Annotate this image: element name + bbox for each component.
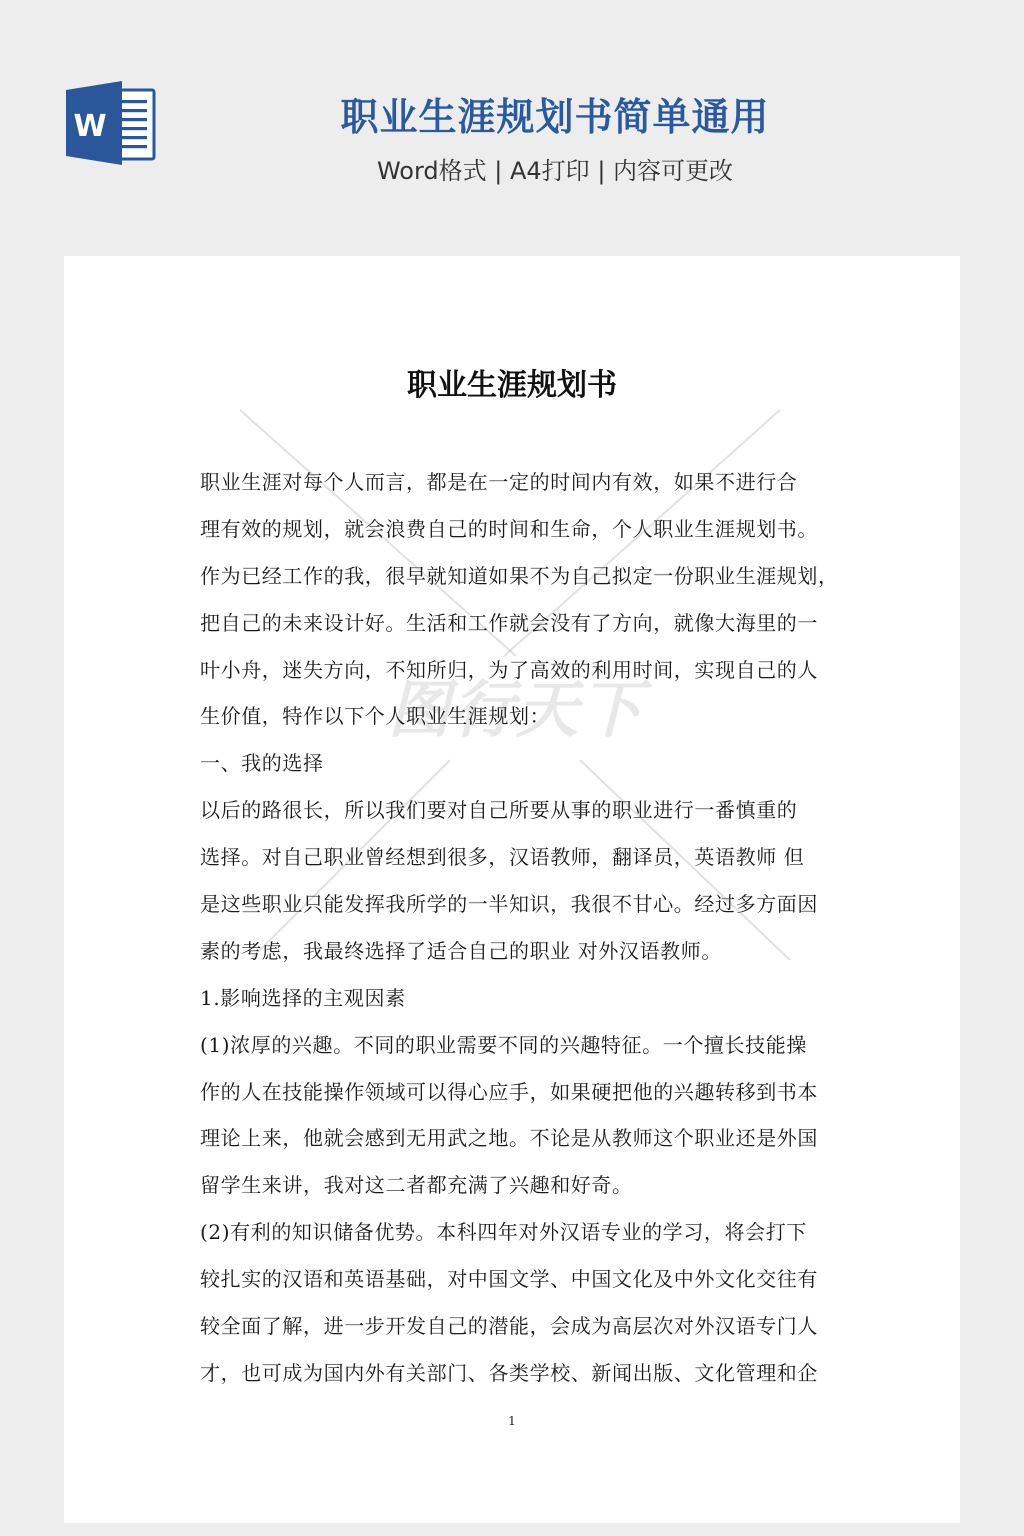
svg-text:W: W <box>73 109 106 144</box>
document-title: 职业生涯规划书 <box>64 364 960 408</box>
paragraph-line: 理论上来，他就会感到无用武之地。不论是从教师这个职业还是外国 <box>200 1122 830 1169</box>
paragraph-line: 以后的路很长，所以我们要对自己所要从事的职业进行一番慎重的 <box>200 794 830 841</box>
paragraph-line: 叶小舟，迷失方向，不知所归，为了高效的利用时间，实现自己的人 <box>200 654 830 701</box>
paragraph-line: 是这些职业只能发挥我所学的一半知识，我很不甘心。经过多方面因 <box>200 888 830 935</box>
banner-subtitle: Word格式 | A4打印 | 内容可更改 <box>300 153 810 189</box>
paragraph-line: (1)浓厚的兴趣。不同的职业需要不同的兴趣特征。一个擅长技能操 <box>200 1029 830 1076</box>
paragraph-line: 把自己的未来设计好。生活和工作就会没有了方向，就像大海里的一 <box>200 607 830 654</box>
banner-title: 职业生涯规划书简单通用 <box>300 92 810 142</box>
page-number: 1 <box>64 1414 960 1428</box>
paragraph-line: (2)有利的知识储备优势。本科四年对外汉语专业的学习，将会打下 <box>200 1216 830 1263</box>
subsection-heading: 1.影响选择的主观因素 <box>200 982 830 1029</box>
paragraph-line: 较扎实的汉语和英语基础，对中国文学、中国文化及中外文化交往有 <box>200 1263 830 1310</box>
document-page: 图行天下 职业生涯规划书 职业生涯对每个人而言，都是在一定的时间内有效，如果不进… <box>64 256 960 1523</box>
word-document-icon: W <box>65 81 157 165</box>
paragraph-line: 职业生涯对每个人而言，都是在一定的时间内有效，如果不进行合 <box>200 466 830 513</box>
paragraph-line: 生价值，特作以下个人职业生涯规划： <box>200 700 830 747</box>
paragraph-line: 才，也可成为国内外有关部门、各类学校、新闻出版、文化管理和企 <box>200 1357 830 1404</box>
paragraph-line: 较全面了解，进一步开发自己的潜能，会成为高层次对外汉语专门人 <box>200 1310 830 1357</box>
section-heading: 一、我的选择 <box>200 747 830 794</box>
paragraph-line: 选择。对自己职业曾经想到很多，汉语教师，翻译员，英语教师 但 <box>200 841 830 888</box>
paragraph-line: 作为已经工作的我，很早就知道如果不为自己拟定一份职业生涯规划， <box>200 560 830 607</box>
document-body: 职业生涯对每个人而言，都是在一定的时间内有效，如果不进行合 理有效的规划，就会浪… <box>200 466 830 1404</box>
paragraph-line: 理有效的规划，就会浪费自己的时间和生命，个人职业生涯规划书。 <box>200 513 830 560</box>
paragraph-line: 素的考虑，我最终选择了适合自己的职业 对外汉语教师。 <box>200 935 830 982</box>
paragraph-line: 作的人在技能操作领域可以得心应手，如果硬把他的兴趣转移到书本 <box>200 1076 830 1123</box>
paragraph-line: 留学生来讲，我对这二者都充满了兴趣和好奇。 <box>200 1169 830 1216</box>
